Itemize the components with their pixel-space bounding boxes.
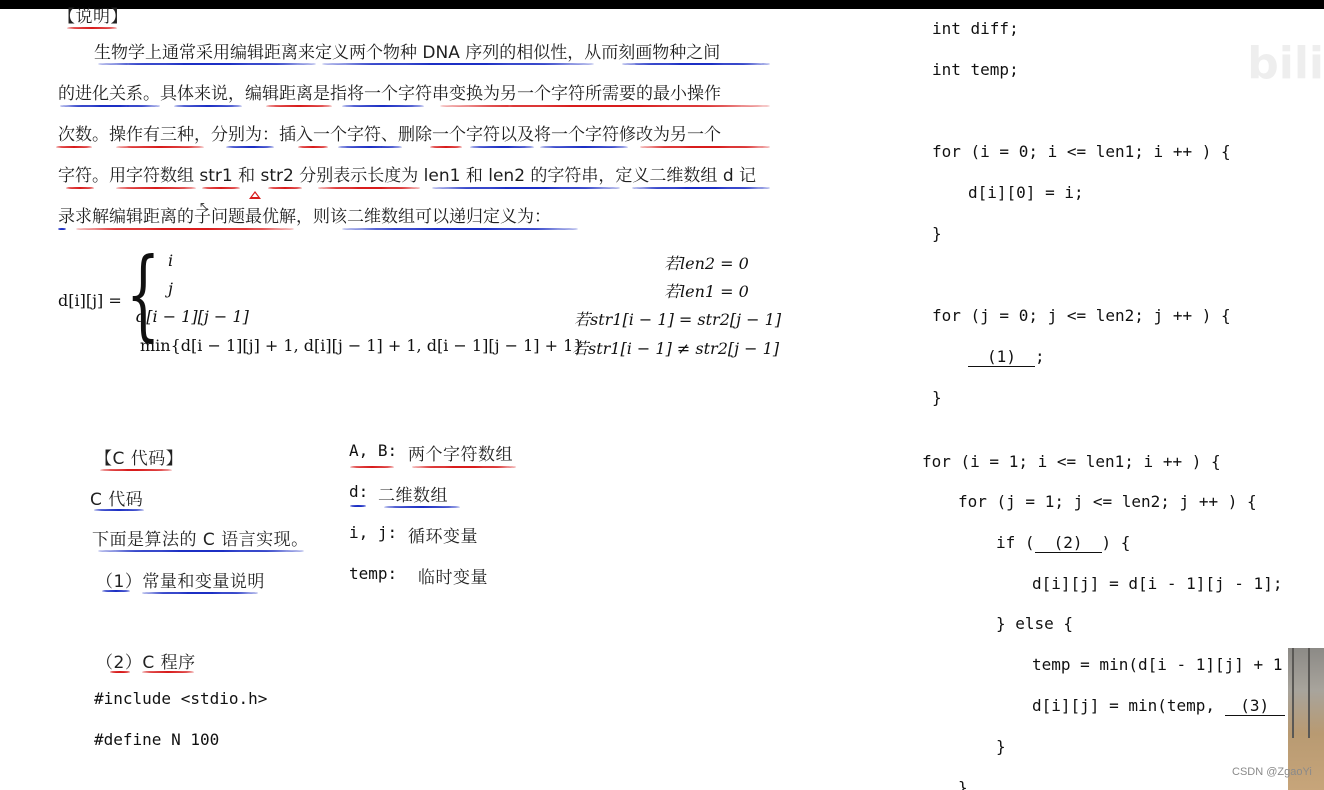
annotation-underline <box>142 592 258 594</box>
intro-line-5: 录求解编辑距离的子问题最优解，则该二维数组可以递归定义为： <box>58 207 551 227</box>
annotation-underline <box>102 590 130 592</box>
var-name-temp: temp: <box>349 564 397 583</box>
annotation-underline <box>110 671 130 673</box>
var-name-ab: A, B: <box>349 441 397 460</box>
code-line: d[i][0] = i; <box>968 183 1084 202</box>
code-line: } <box>932 224 942 243</box>
annotation-underline <box>66 187 94 189</box>
annotation-underline <box>412 466 516 468</box>
annotation-underline <box>432 187 620 189</box>
code-line: } <box>996 737 1006 756</box>
annotation-underline <box>98 63 316 65</box>
code-line: } <box>932 388 942 407</box>
intro-line-3: 次数。操作有三种，分别为：插入一个字符、删除一个字符以及将一个字符修改为另一个 <box>58 125 721 145</box>
annotation-underline <box>540 146 628 148</box>
var-desc-d: 二维数组 <box>378 481 448 506</box>
annotation-underline <box>98 550 304 552</box>
fill-in-blank-2: (2) <box>1035 533 1102 553</box>
code-line: d[i][j] = d[i - 1][j - 1]; <box>1032 574 1282 593</box>
annotation-underline <box>622 63 770 65</box>
csdn-credit: CSDN @ZgaoYi <box>1232 766 1312 778</box>
code-line: int temp; <box>932 60 1019 79</box>
annotation-underline <box>298 146 328 148</box>
formula-case-1-condition: 若len2 = 0 <box>664 251 749 274</box>
fill-in-blank-1: (1) <box>968 347 1035 367</box>
annotation-underline <box>116 146 204 148</box>
code-section-desc: 下面是算法的 C 语言实现。 <box>92 525 309 550</box>
intro-line-1: 生物学上通常采用编辑距离来定义两个物种 DNA 序列的相似性，从而刻画物种之间 <box>94 43 720 63</box>
code-line-blank-1: (1); <box>968 347 1045 367</box>
annotation-underline <box>116 187 196 189</box>
left-brace-icon: { <box>126 246 160 344</box>
annotation-underline <box>266 105 332 107</box>
var-name-d: d: <box>349 482 368 501</box>
annotation-triangle <box>249 191 261 199</box>
var-desc-ij: 循环变量 <box>408 522 478 547</box>
annotation-underline <box>440 105 770 107</box>
formula-case-2-condition: 若len1 = 0 <box>664 279 749 302</box>
annotation-underline <box>632 187 770 189</box>
code-line: temp = min(d[i - 1][j] + 1 <box>1032 655 1282 674</box>
annotation-underline <box>342 105 424 107</box>
formula-case-3-value: d[i − 1][j − 1] <box>136 307 249 326</box>
code-include: #include <stdio.h> <box>94 689 267 708</box>
code-line: int diff; <box>932 19 1019 38</box>
formula-lhs: d[i][j] = <box>58 291 122 310</box>
formula-case-4-condition: 若str1[i − 1] ≠ str2[j − 1] <box>572 336 779 359</box>
annotation-underline <box>470 146 534 148</box>
annotation-underline <box>338 146 402 148</box>
formula-case-1-value: i <box>168 251 173 270</box>
formula-case-2-value: j <box>168 279 173 298</box>
annotation-underline <box>60 105 160 107</box>
formula-case-3-condition: 若str1[i − 1] = str2[j − 1] <box>574 307 781 330</box>
intro-line-4: 字符。用字符数组 str1 和 str2 分别表示长度为 len1 和 len2… <box>58 166 756 186</box>
code-line: } <box>958 778 968 790</box>
code-section-subtitle: C 代码 <box>90 485 143 510</box>
annotation-underline <box>94 509 144 511</box>
var-desc-temp: 临时变量 <box>418 563 488 588</box>
annotation-underline <box>67 27 117 29</box>
code-line: for (i = 1; i <= len1; i ++ ) { <box>922 452 1221 471</box>
var-desc-ab: 两个字符数组 <box>408 440 513 465</box>
annotation-underline <box>430 146 462 148</box>
annotation-underline <box>640 146 770 148</box>
annotation-underline <box>342 228 578 230</box>
annotation-underline <box>142 671 194 673</box>
part-2-heading: （2）C 程序 <box>96 648 196 673</box>
var-name-ij: i, j: <box>349 523 397 542</box>
annotation-underline <box>58 228 66 230</box>
part-1-heading: （1）常量和变量说明 <box>96 567 265 592</box>
annotation-underline <box>174 105 242 107</box>
code-line: } else { <box>996 614 1073 633</box>
annotation-underline <box>350 466 394 468</box>
annotation-underline <box>56 146 92 148</box>
code-line-blank-3: d[i][j] = min(temp, (3) <box>1032 696 1285 716</box>
code-line-blank-2: if ((2)) { <box>996 533 1130 553</box>
annotation-underline <box>76 228 294 230</box>
fill-in-blank-3: (3) <box>1225 696 1285 716</box>
annotation-underline <box>384 506 460 508</box>
formula-case-4-value: min{d[i − 1][j] + 1, d[i][j − 1] + 1, d[… <box>140 336 583 355</box>
annotation-underline <box>268 187 302 189</box>
annotation-underline <box>226 146 274 148</box>
bilibili-watermark: bili <box>1247 38 1324 89</box>
section-title: 【说明】 <box>58 2 128 27</box>
annotation-underline <box>202 187 240 189</box>
code-section-title: 【C 代码】 <box>95 444 183 469</box>
code-line: for (j = 1; j <= len2; j ++ ) { <box>958 492 1257 511</box>
code-line: for (j = 0; j <= len2; j ++ ) { <box>932 306 1231 325</box>
video-top-bar <box>0 0 1324 9</box>
annotation-underline <box>350 505 366 507</box>
code-define: #define N 100 <box>94 730 219 749</box>
code-line: for (i = 0; i <= len1; i ++ ) { <box>932 142 1231 161</box>
mouse-cursor-icon: ↖ <box>199 199 209 213</box>
annotation-underline <box>100 469 172 471</box>
annotation-underline <box>322 63 594 65</box>
annotation-underline <box>318 187 420 189</box>
intro-line-2: 的进化关系。具体来说，编辑距离是指将一个字符串变换为另一个字符所需要的最小操作 <box>58 84 721 104</box>
